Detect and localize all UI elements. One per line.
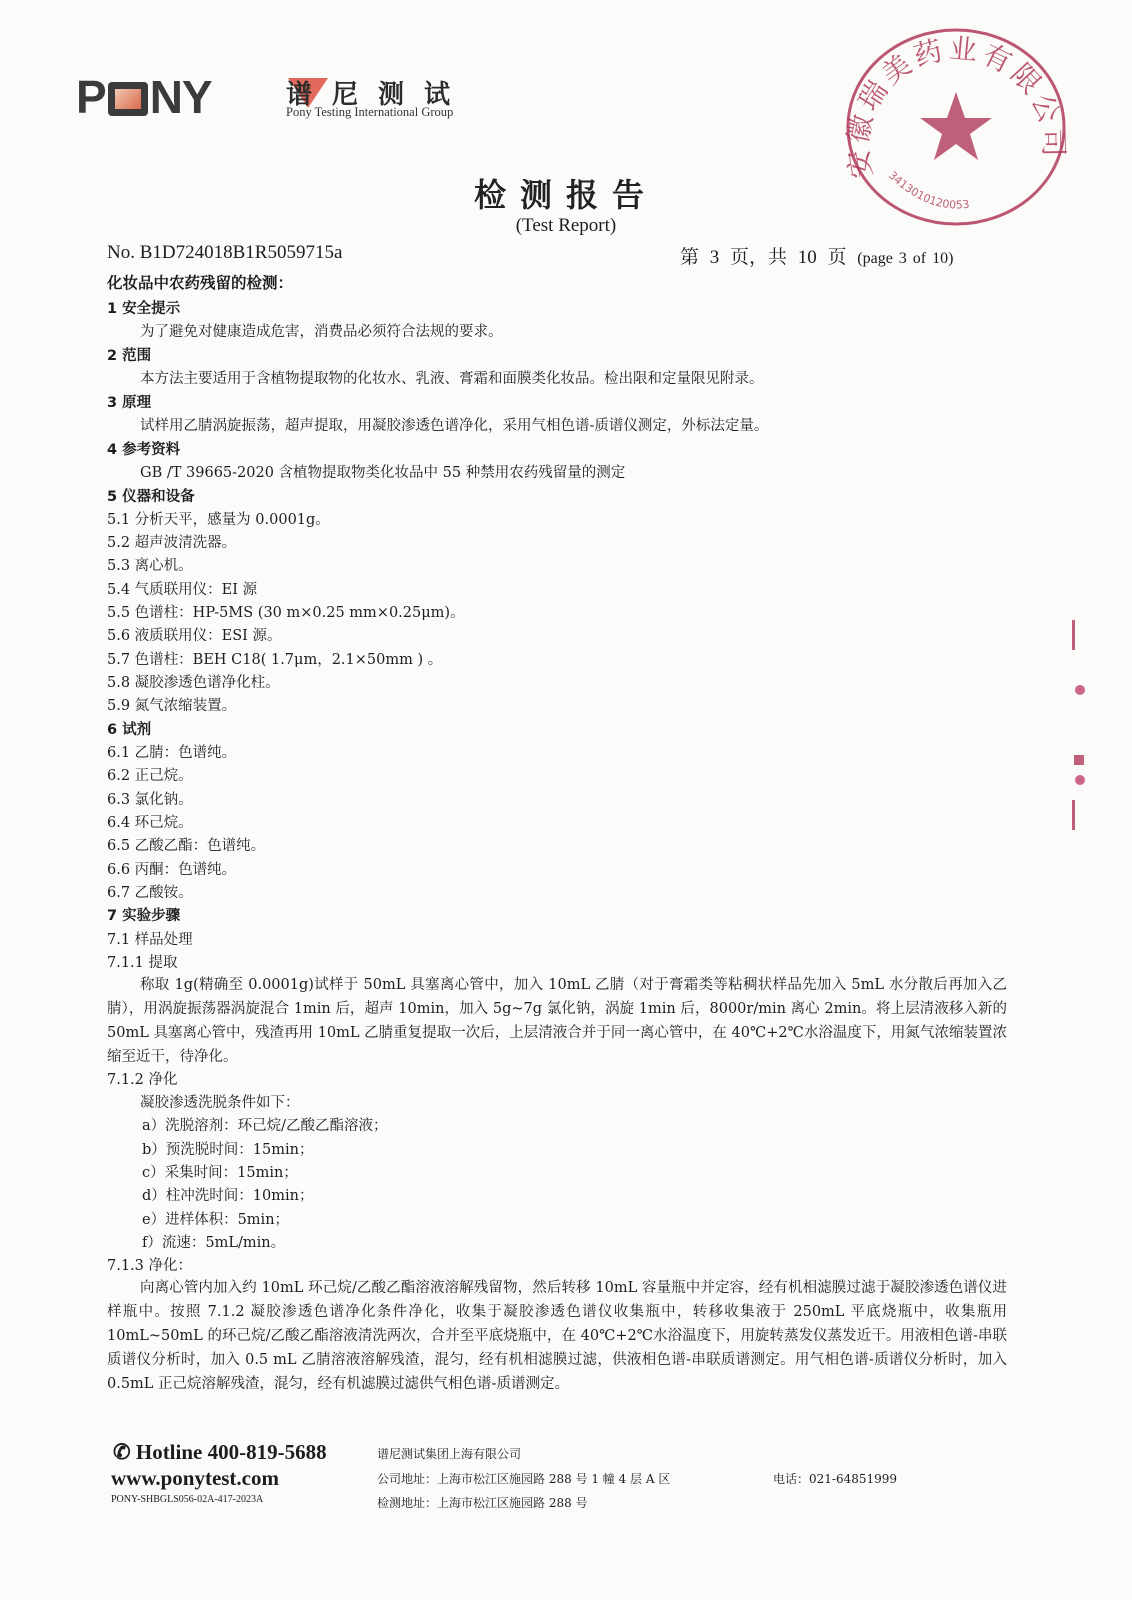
gpc-condition-item: a）洗脱溶剂：环己烷/乙酸乙酯溶液； xyxy=(142,1116,388,1136)
document-code: PONY-SHBGLS056-02A-417-2023A xyxy=(111,1494,263,1505)
phone-icon: ✆ xyxy=(113,1440,131,1464)
footer-company: 谱尼测试集团上海有限公司 xyxy=(377,1445,521,1462)
heading-instruments: 5 仪器和设备 xyxy=(107,487,195,507)
gpc-condition-item: b）预洗脱时间：15min； xyxy=(142,1140,313,1160)
references-text: GB /T 39665-2020 含植物提取物类化妆品中 55 种禁用农药残留量… xyxy=(140,463,625,483)
reagent-item: 6.6 丙酮：色谱纯。 xyxy=(107,860,236,880)
instrument-item: 5.3 离心机。 xyxy=(107,556,193,576)
subheading-extraction: 7.1.1 提取 xyxy=(107,953,178,973)
report-title: 检测报告 xyxy=(0,170,1132,216)
report-subtitle: (Test Report) xyxy=(0,215,1132,237)
page-info-en: (page 3 of 10) xyxy=(857,250,953,267)
seal-star-icon xyxy=(920,92,992,160)
reagent-item: 6.7 乙酸铵。 xyxy=(107,883,193,903)
heading-safety: 1 安全提示 xyxy=(107,299,180,319)
extraction-text: 称取 1g(精确至 0.0001g)试样于 50mL 具塞离心管中，加入 10m… xyxy=(107,973,1007,1069)
instrument-item: 5.1 分析天平，感量为 0.0001g。 xyxy=(107,510,330,530)
scope-text: 本方法主要适用于含植物提取物的化妆水、乳液、膏霜和面膜类化妆品。检出限和定量限见… xyxy=(140,369,764,389)
hotline: ✆ Hotline 400-819-5688 xyxy=(113,1440,327,1465)
reagent-item: 6.3 氯化钠。 xyxy=(107,790,193,810)
footer-company-address: 公司地址：上海市松江区施园路 288 号 1 幢 4 层 A 区 xyxy=(377,1470,670,1487)
subheading-sample-prep: 7.1 样品处理 xyxy=(107,930,193,950)
instrument-item: 5.8 凝胶渗透色谱净化柱。 xyxy=(107,673,280,693)
heading-procedure: 7 实验步骤 xyxy=(107,906,180,926)
reagent-item: 6.4 环己烷。 xyxy=(107,813,193,833)
gpc-condition-item: f）流速：5mL/min。 xyxy=(142,1233,285,1253)
gpc-condition-item: e）进样体积：5min； xyxy=(142,1210,289,1230)
logo-english-name: Pony Testing International Group xyxy=(286,105,453,120)
logo-square-o-icon xyxy=(108,82,148,116)
principle-text: 试样用乙腈涡旋振荡，超声提取，用凝胶渗透色谱净化，采用气相色谱-质谱仪测定，外标… xyxy=(140,416,768,436)
reagent-item: 6.1 乙腈：色谱纯。 xyxy=(107,743,236,763)
gpc-condition-item: d）柱冲洗时间：10min； xyxy=(142,1186,313,1206)
instrument-item: 5.4 气质联用仪：EI 源 xyxy=(107,580,257,600)
footer-lab-address: 检测地址：上海市松江区施园路 288 号 xyxy=(377,1494,588,1511)
page-info: 第 3 页，共 10 页 (page 3 of 10) xyxy=(680,242,953,269)
subheading-cleanup: 7.1.3 净化： xyxy=(107,1256,192,1276)
reagent-item: 6.2 正己烷。 xyxy=(107,766,193,786)
heading-reagents: 6 试剂 xyxy=(107,720,151,740)
page-info-cn: 第 3 页，共 10 页 xyxy=(680,247,847,268)
subheading-purification: 7.1.2 净化 xyxy=(107,1070,178,1090)
cleanup-text: 向离心管内加入约 10mL 环己烷/乙酸乙酯溶液溶解残留物，然后转移 10mL … xyxy=(107,1276,1007,1396)
logo-wordmark: PNY xyxy=(76,74,212,120)
pony-logo: PNY xyxy=(76,74,212,120)
instrument-item: 5.7 色谱柱：BEH C18( 1.7μm，2.1×50mm ) 。 xyxy=(107,650,442,670)
instrument-item: 5.6 液质联用仪：ESI 源。 xyxy=(107,626,282,646)
report-number: No. B1D724018B1R5059715a xyxy=(107,242,342,264)
safety-text: 为了避免对健康造成危害，消费品必须符合法规的要求。 xyxy=(140,322,503,342)
heading-scope: 2 范围 xyxy=(107,346,151,366)
instrument-item: 5.9 氮气浓缩装置。 xyxy=(107,696,236,716)
hotline-number: Hotline 400-819-5688 xyxy=(136,1440,327,1464)
section-title: 化妆品中农药残留的检测： xyxy=(107,273,293,293)
footer-phone: 电话：021-64851999 xyxy=(773,1470,897,1487)
website-link[interactable]: www.ponytest.com xyxy=(111,1466,279,1491)
reagent-item: 6.5 乙酸乙酯：色谱纯。 xyxy=(107,836,265,856)
heading-principle: 3 原理 xyxy=(107,393,151,413)
instrument-item: 5.5 色谱柱：HP-5MS (30 m×0.25 mm×0.25μm)。 xyxy=(107,603,465,623)
heading-references: 4 参考资料 xyxy=(107,440,180,460)
gpc-condition-item: c）采集时间：15min； xyxy=(142,1163,298,1183)
instrument-item: 5.2 超声波清洗器。 xyxy=(107,533,236,553)
purification-intro: 凝胶渗透洗脱条件如下： xyxy=(140,1093,300,1113)
page-seam-stamp xyxy=(1068,620,1092,830)
